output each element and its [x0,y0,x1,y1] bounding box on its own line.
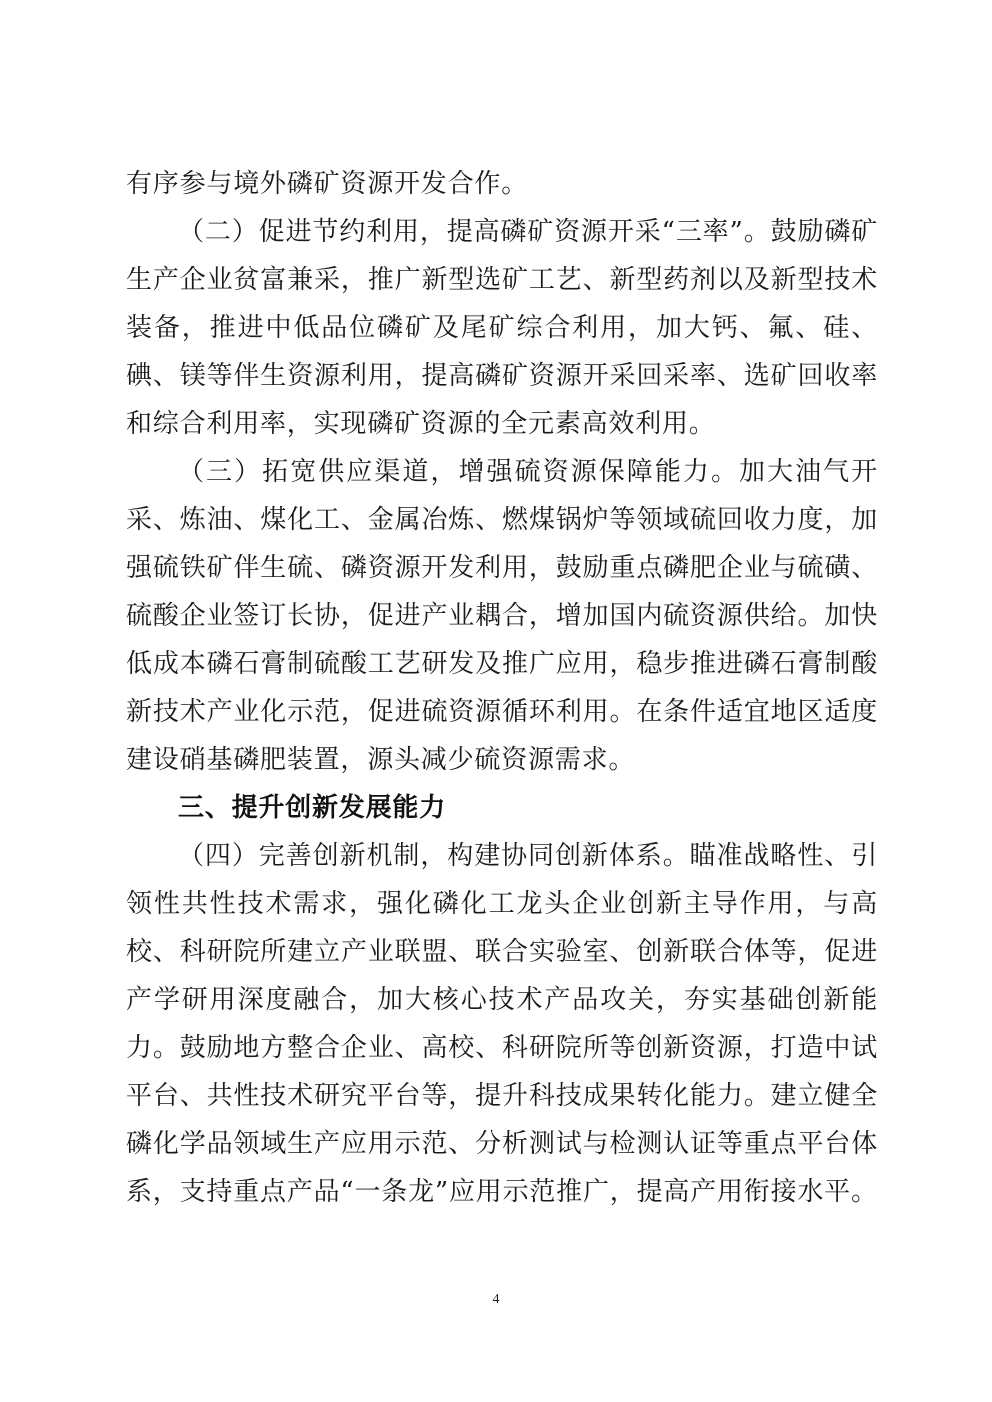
page-number: 4 [0,1292,992,1308]
section-heading: 三、提升创新发展能力 [126,784,878,832]
paragraph-continuation: 有序参与境外磷矿资源开发合作。 [126,160,878,208]
paragraph-section-3: （三）拓宽供应渠道，增强硫资源保障能力。加大油气开采、炼油、煤化工、金属冶炼、燃… [126,448,878,784]
paragraph-section-2: （二）促进节约利用，提高磷矿资源开采“三率”。鼓励磷矿生产企业贫富兼采，推广新型… [126,208,878,448]
document-page: 有序参与境外磷矿资源开发合作。 （二）促进节约利用，提高磷矿资源开采“三率”。鼓… [0,0,992,1402]
document-body: 有序参与境外磷矿资源开发合作。 （二）促进节约利用，提高磷矿资源开采“三率”。鼓… [126,160,878,1216]
paragraph-section-4: （四）完善创新机制，构建协同创新体系。瞄准战略性、引领性共性技术需求，强化磷化工… [126,832,878,1216]
